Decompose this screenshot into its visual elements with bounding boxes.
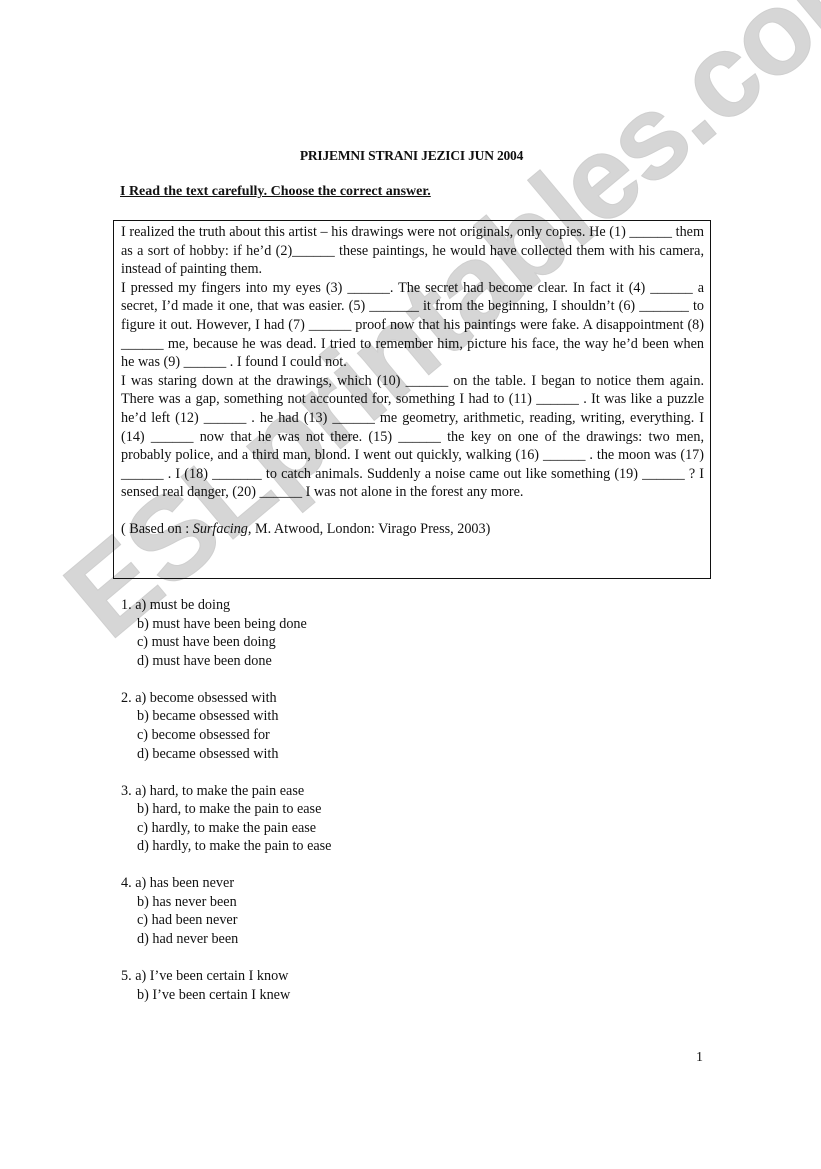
source-prefix: ( Based on : bbox=[121, 521, 193, 537]
page-number: 1 bbox=[696, 1050, 703, 1066]
reading-passage-box: I realized the truth about this artist –… bbox=[113, 220, 711, 579]
answer-option[interactable]: b) must have been being done bbox=[121, 615, 521, 634]
option-text: b) has never been bbox=[137, 894, 237, 910]
answer-option[interactable]: d) hardly, to make the pain to ease bbox=[121, 837, 521, 856]
passage-paragraph-1: I realized the truth about this artist –… bbox=[121, 223, 704, 279]
answer-option[interactable]: d) must have been done bbox=[121, 652, 521, 671]
question-list: 1. a) must be doingb) must have been bei… bbox=[121, 596, 521, 1023]
question-4: 4. a) has been neverb) has never beenc) … bbox=[121, 874, 521, 948]
answer-option[interactable]: 4. a) has been never bbox=[121, 874, 521, 893]
answer-option[interactable]: 1. a) must be doing bbox=[121, 596, 521, 615]
answer-option[interactable]: d) had never been bbox=[121, 930, 521, 949]
option-text: c) had been never bbox=[137, 912, 237, 928]
answer-option[interactable]: c) had been never bbox=[121, 911, 521, 930]
question-number: 4. bbox=[121, 875, 132, 891]
question-number: 2. bbox=[121, 690, 132, 706]
passage-paragraph-2: I pressed my fingers into my eyes (3) __… bbox=[121, 279, 704, 372]
option-text: d) had never been bbox=[137, 931, 238, 947]
option-text: d) must have been done bbox=[137, 653, 272, 669]
answer-option[interactable]: b) hard, to make the pain to ease bbox=[121, 800, 521, 819]
option-text: b) hard, to make the pain to ease bbox=[137, 801, 321, 817]
question-3: 3. a) hard, to make the pain easeb) hard… bbox=[121, 782, 521, 856]
option-text: b) must have been being done bbox=[137, 616, 307, 632]
passage-source: ( Based on : Surfacing, M. Atwood, Londo… bbox=[121, 520, 704, 539]
option-text: a) must be doing bbox=[135, 597, 230, 613]
source-title: Surfacing bbox=[193, 521, 248, 537]
page-title: PRIJEMNI STRANI JEZICI JUN 2004 bbox=[0, 148, 821, 164]
answer-option[interactable]: b) has never been bbox=[121, 893, 521, 912]
answer-option[interactable]: d) became obsessed with bbox=[121, 745, 521, 764]
option-text: b) became obsessed with bbox=[137, 708, 278, 724]
option-text: c) must have been doing bbox=[137, 634, 276, 650]
answer-option[interactable]: 2. a) become obsessed with bbox=[121, 689, 521, 708]
answer-option[interactable]: 3. a) hard, to make the pain ease bbox=[121, 782, 521, 801]
question-number: 1. bbox=[121, 597, 132, 613]
option-text: c) become obsessed for bbox=[137, 727, 270, 743]
option-text: b) I’ve been certain I knew bbox=[137, 987, 290, 1003]
answer-option[interactable]: c) must have been doing bbox=[121, 633, 521, 652]
option-text: a) has been never bbox=[135, 875, 234, 891]
answer-option[interactable]: 5. a) I’ve been certain I know bbox=[121, 967, 521, 986]
source-suffix: , M. Atwood, London: Virago Press, 2003) bbox=[248, 521, 490, 537]
answer-option[interactable]: c) hardly, to make the pain ease bbox=[121, 819, 521, 838]
option-text: a) hard, to make the pain ease bbox=[135, 783, 304, 799]
option-text: a) I’ve been certain I know bbox=[135, 968, 288, 984]
option-text: d) became obsessed with bbox=[137, 746, 278, 762]
answer-option[interactable]: b) I’ve been certain I knew bbox=[121, 986, 521, 1005]
passage-paragraph-3: I was staring down at the drawings, whic… bbox=[121, 372, 704, 502]
answer-option[interactable]: c) become obsessed for bbox=[121, 726, 521, 745]
option-text: c) hardly, to make the pain ease bbox=[137, 820, 316, 836]
answer-option[interactable]: b) became obsessed with bbox=[121, 707, 521, 726]
question-number: 5. bbox=[121, 968, 132, 984]
question-2: 2. a) become obsessed withb) became obse… bbox=[121, 689, 521, 763]
instruction-heading: I Read the text carefully. Choose the co… bbox=[120, 184, 431, 200]
question-5: 5. a) I’ve been certain I knowb) I’ve be… bbox=[121, 967, 521, 1004]
option-text: a) become obsessed with bbox=[135, 690, 276, 706]
question-1: 1. a) must be doingb) must have been bei… bbox=[121, 596, 521, 670]
option-text: d) hardly, to make the pain to ease bbox=[137, 838, 331, 854]
question-number: 3. bbox=[121, 783, 132, 799]
